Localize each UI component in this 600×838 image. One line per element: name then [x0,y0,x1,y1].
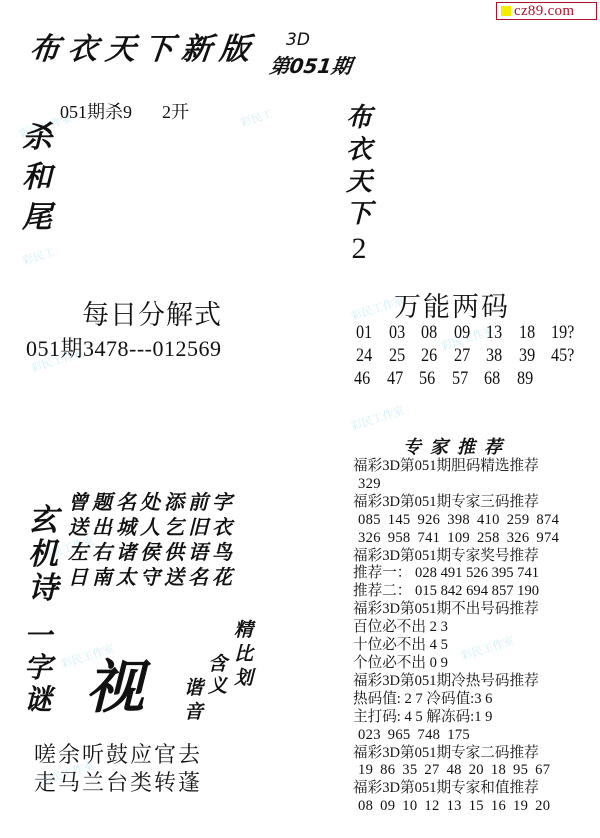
hint-char: 划 [234,663,253,690]
game-label: 3D [286,30,310,50]
page-title: 布衣天下新版 [28,24,261,68]
expert-line: 326 958 741 109 258 326 974 [353,530,559,548]
code: 46 [354,367,382,390]
expert-line: 福彩3D第051期不出号码推荐 [353,601,559,619]
code-row: 01 03 08 09 13 18 19? [356,321,584,344]
code: 57 [452,367,480,390]
code: 13 [486,321,514,344]
hint-char: 精 [234,615,253,642]
code: 38 [486,344,514,367]
expert-recommend-title: 专家推荐 [403,433,511,459]
poem-line: 日南太守送名花 [68,565,236,590]
code: 26 [421,344,449,367]
code-row: 46 47 56 57 68 89 [354,367,584,390]
code: 01 [356,321,384,344]
code: 45? [551,344,579,367]
buyi-tianxia-section: 布 衣 天 下 2 [346,102,372,266]
expert-line: 百位必不出 2 3 [353,619,559,637]
code: 18 [519,321,547,344]
expert-recommend-list: 福彩3D第051期胆码精选推荐 329 福彩3D第051期专家三码推荐 085 … [353,458,559,816]
code: 19? [551,321,579,344]
expert-line: 023 965 748 175 [353,727,559,745]
code: 25 [389,344,417,367]
expert-line: 福彩3D第051期专家和值推荐 [353,780,559,798]
expert-line: 福彩3D第051期专家奖号推荐 [353,548,559,566]
label-char: 布 [346,102,372,134]
expert-line: 福彩3D第051期专家三码推荐 [353,494,559,512]
label-char: 字 [24,652,52,684]
code: 39 [519,344,547,367]
daily-decomposition-title: 每日分解式 [82,293,222,332]
daily-decomposition-value: 051期3478---012569 [26,332,221,363]
code: 89 [517,367,545,390]
code: 24 [356,344,384,367]
kill-sum-tail-label: 杀 和 尾 [22,118,52,238]
hint-char: 比 [234,639,253,666]
label-char: 谜 [24,684,52,716]
code-row: 24 25 26 27 38 39 45? [356,344,584,367]
logo-square-icon [501,6,511,16]
code: 09 [454,321,482,344]
label-char: 机 [28,538,58,572]
poem-line: 嗟余听鼓应官去 [34,742,202,770]
poem-line: 曾题名处添前字 [68,490,236,515]
riddle-character: 视 [86,640,144,724]
issue-label: 第051期 [268,50,354,79]
label-char: 杀 [22,118,52,158]
expert-line: 08 09 10 12 13 15 16 19 20 [353,798,559,816]
kill-value: 051期杀9 [60,102,132,122]
expert-line: 085 145 926 398 410 259 874 [353,512,559,530]
watermark: 彩民工 [20,243,56,268]
expert-line: 推荐二： 015 842 694 857 190 [353,583,559,601]
riddle-hints: 精 比 划 含 义 谐 音 [178,615,268,725]
universal-two-codes-title: 万能两码 [394,285,510,324]
code: 08 [421,321,449,344]
poem-line: 左右诸侯供语鸟 [68,540,236,565]
site-logo[interactable]: cz89.com [496,2,597,20]
final-poem: 嗟余听鼓应官去 走马兰台类转蓬 [34,742,202,798]
label-char: 下 [346,198,372,230]
hint-char: 义 [208,671,227,698]
label-char: 天 [346,166,372,198]
code: 47 [387,367,415,390]
hint-char: 谐 [184,673,203,700]
mystery-poem-label: 玄 机 诗 [28,504,58,606]
expert-line: 个位必不出 0 9 [353,655,559,673]
expert-line: 主打码: 4 5 解冻码:1 9 [353,709,559,727]
label-char: 尾 [22,198,52,238]
expert-line: 19 86 35 27 48 20 18 95 67 [353,762,559,780]
label-char: 玄 [28,504,58,538]
logo-text: cz89.com [514,3,574,20]
expert-line: 推荐一： 028 491 526 395 741 [353,565,559,583]
universal-two-codes-grid: 01 03 08 09 13 18 19? 24 25 26 27 38 39 … [356,321,584,390]
poem-line: 走马兰台类转蓬 [34,770,202,798]
code: 56 [419,367,447,390]
watermark: 彩民工作室 [349,402,406,434]
expert-line: 329 [353,476,559,494]
mystery-poem-lines: 曾题名处添前字 送出城人乞旧衣 左右诸侯供语鸟 日南太守送名花 [68,490,236,590]
label-char: 诗 [28,572,58,606]
code: 03 [389,321,417,344]
expert-line: 福彩3D第051期专家二码推荐 [353,745,559,763]
watermark: 彩民工 [238,105,274,130]
label-char: 和 [22,158,52,198]
expert-line: 福彩3D第051期冷热号码推荐 [353,673,559,691]
one-char-riddle-label: 一 字 谜 [24,620,52,716]
code: 27 [454,344,482,367]
poem-line: 送出城人乞旧衣 [68,515,236,540]
buyi-tianxia-value: 2 [352,232,367,266]
expert-line: 热码值: 2 7 冷码值:3 6 [353,691,559,709]
expert-line: 十位必不出 4 5 [353,637,559,655]
label-char: 衣 [346,134,372,166]
code: 68 [484,367,512,390]
open-value: 2开 [162,102,189,122]
hint-char: 音 [184,697,203,724]
expert-line: 福彩3D第051期胆码精选推荐 [353,458,559,476]
label-char: 一 [24,620,52,652]
kill-sum-tail-line: 051期杀92开 [60,98,219,124]
